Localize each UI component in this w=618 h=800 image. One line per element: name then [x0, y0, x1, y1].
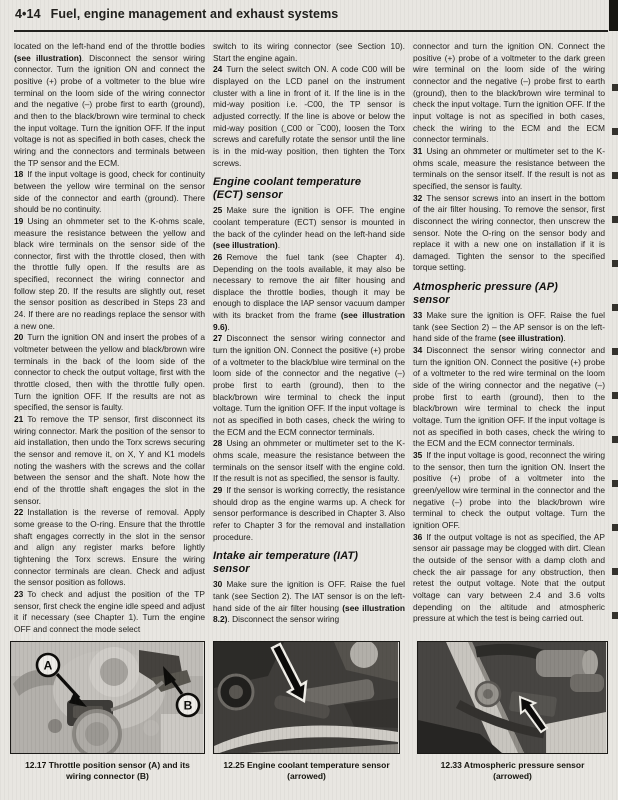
step-paragraph: 32The sensor screws into an insert in th… — [413, 193, 605, 275]
step-paragraph: 23To check and adjust the position of th… — [14, 589, 205, 636]
step-paragraph: 28Using an ohmmeter or multimeter set to… — [213, 438, 405, 485]
throttle-position-sensor-photo: A B — [10, 641, 205, 754]
figure-caption: 12.17 Throttle position sensor (A) and i… — [10, 760, 205, 782]
page-title: Fuel, engine management and exhaust syst… — [51, 7, 339, 21]
callout-b-badge: B — [177, 694, 199, 716]
callout-b-label: B — [184, 699, 193, 713]
arrow-to-sensor-a — [57, 674, 87, 707]
step-paragraph: 24Turn the select switch ON. A code C00 … — [213, 64, 405, 169]
section-heading: Atmospheric pressure (AP) sensor — [413, 281, 605, 306]
section-heading: Intake air temperature (IAT) sensor — [213, 550, 405, 575]
step-paragraph: 29If the sensor is working correctly, th… — [213, 485, 405, 543]
coolant-sensor-photo — [213, 641, 400, 754]
arrow-to-ap-sensor — [520, 697, 547, 732]
step-paragraph: 30Make sure the ignition is OFF. Raise t… — [213, 579, 405, 626]
step-paragraph: 18If the input voltage is good, check fo… — [14, 169, 205, 216]
continued-paragraph: switch to its wiring connector (see Sect… — [213, 41, 405, 64]
text-column-2: switch to its wiring connector (see Sect… — [213, 41, 405, 635]
section-heading: Engine coolant temperature (ECT) sensor — [213, 176, 405, 201]
arrow-to-connector-b — [163, 666, 182, 694]
step-paragraph: 27Disconnect the sensor wiring connector… — [213, 333, 405, 438]
callout-a-label: A — [44, 659, 53, 673]
text-columns: located on the left-hand end of the thro… — [14, 41, 605, 635]
figure-caption: 12.25 Engine coolant temperature sensor … — [213, 760, 400, 782]
scan-edge-dashes — [612, 84, 618, 629]
ap-sensor-photo — [417, 641, 608, 754]
step-paragraph: 36If the output voltage is not as specif… — [413, 532, 605, 625]
engine-photo-art — [214, 642, 398, 753]
scan-edge-mark — [609, 0, 618, 31]
engine-photo-art: A B — [11, 642, 203, 753]
text-column-3: connector and turn the ignition ON. Conn… — [413, 41, 605, 635]
step-paragraph: 20Turn the ignition ON and insert the pr… — [14, 332, 205, 414]
step-paragraph: 34Disconnect the sensor wiring connector… — [413, 345, 605, 450]
step-paragraph: 25Make sure the ignition is OFF. The eng… — [213, 205, 405, 252]
figure-coolant-temperature-sensor: 12.25 Engine coolant temperature sensor … — [213, 641, 400, 782]
step-paragraph: 21To remove the TP sensor, first disconn… — [14, 414, 205, 507]
continued-paragraph: located on the left-hand end of the thro… — [14, 41, 205, 169]
arrow-to-coolant-sensor — [272, 644, 306, 701]
figure-row: A B 12.17 Throttle position sensor (A) a… — [0, 641, 618, 796]
figure-throttle-position-sensor: A B 12.17 Throttle position sensor (A) a… — [10, 641, 205, 782]
page-number: 4•14 — [15, 7, 41, 21]
step-paragraph: 22Installation is the reverse of removal… — [14, 507, 205, 589]
figure-atmospheric-pressure-sensor: 12.33 Atmospheric pressure sensor (arrow… — [417, 641, 608, 782]
step-paragraph: 33Make sure the ignition is OFF. Raise t… — [413, 310, 605, 345]
engine-photo-art — [418, 642, 606, 753]
step-paragraph: 26Remove the fuel tank (see Chapter 4). … — [213, 252, 405, 334]
page-header: 4•14Fuel, engine management and exhaust … — [15, 7, 604, 21]
header-rule — [14, 30, 608, 32]
text-column-1: located on the left-hand end of the thro… — [14, 41, 205, 635]
manual-page: 4•14Fuel, engine management and exhaust … — [0, 0, 618, 800]
step-paragraph: 35If the input voltage is good, reconnec… — [413, 450, 605, 532]
step-paragraph: 31Using an ohmmeter or multimeter set to… — [413, 146, 605, 193]
continued-paragraph: connector and turn the ignition ON. Conn… — [413, 41, 605, 146]
callout-a-badge: A — [37, 654, 59, 676]
step-paragraph: 19Using an ohmmeter set to the K-ohms sc… — [14, 216, 205, 333]
figure-caption: 12.33 Atmospheric pressure sensor (arrow… — [417, 760, 608, 782]
